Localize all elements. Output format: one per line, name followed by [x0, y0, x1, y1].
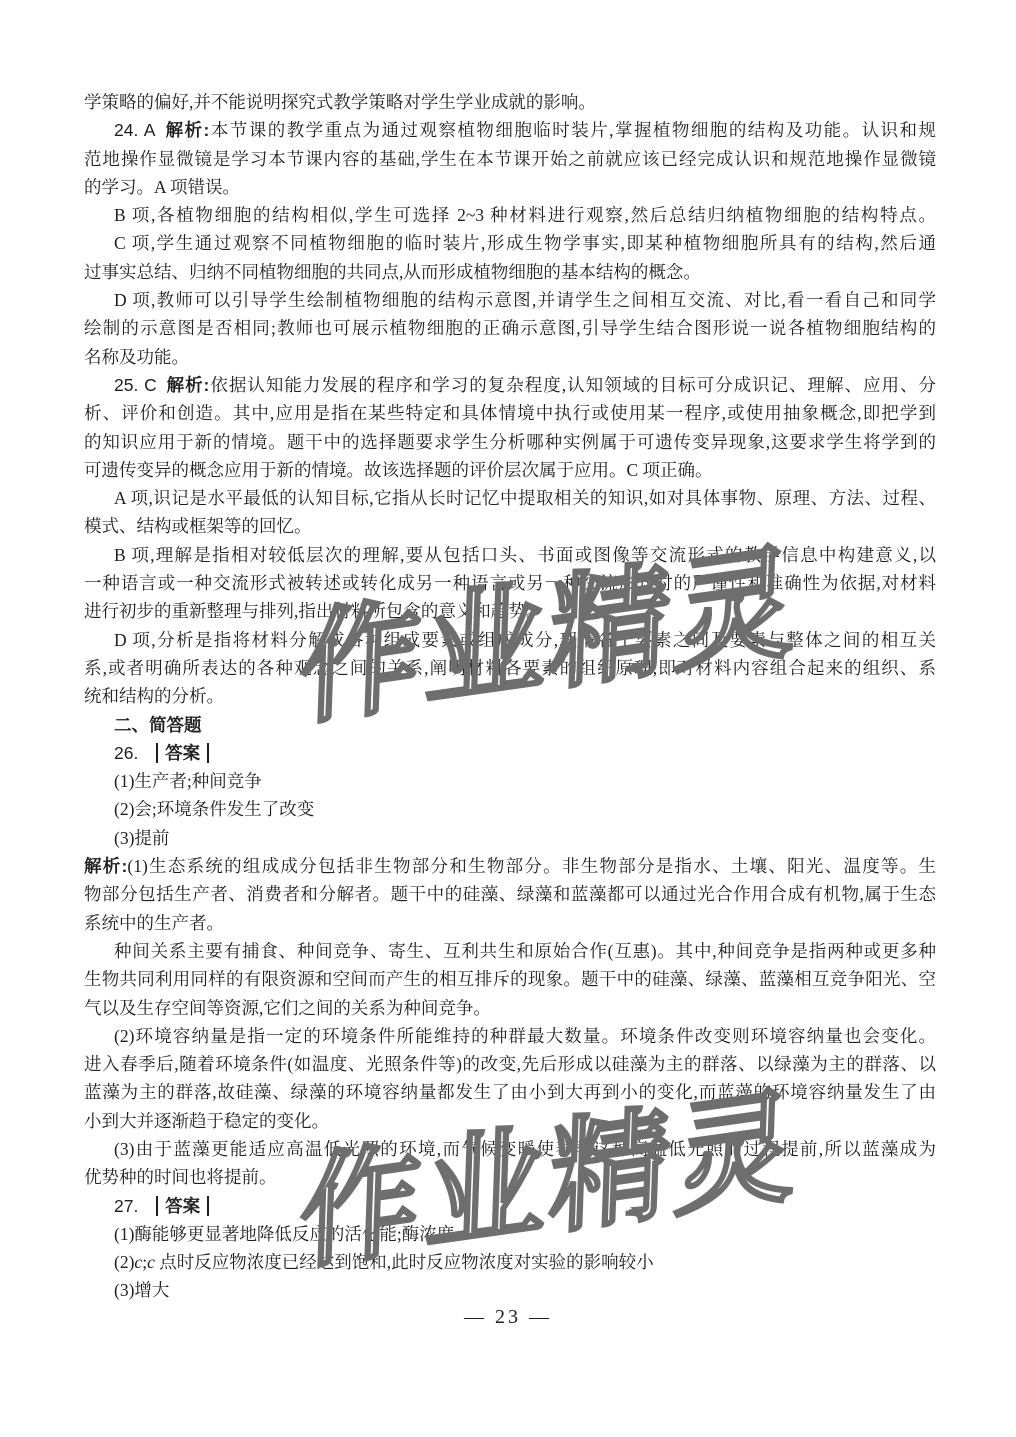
question-number: 24. A — [114, 120, 164, 140]
text-line: 可遗传变异的概念应用于新的情境。故该选择题的评价层次属于应用。C 项正确。 — [84, 456, 936, 484]
text-line: 进入春季后,随着环境条件(如温度、光照条件等)的改变,先后形成以硅藻为主的群落、… — [84, 1050, 936, 1078]
question-number: 25. C — [114, 375, 166, 395]
text-line: 系,或者明确所表达的各种观念之间的关系,阐明材料各要素的组织原理,即对材料内容组… — [84, 654, 936, 682]
text-line: 二、简答题 — [84, 711, 936, 739]
bold-label: 解析: — [84, 856, 127, 876]
body-text: (2)会;环境条件发生了改变 — [114, 799, 314, 819]
bold-label: 解析: — [164, 120, 209, 140]
text-line: (2)环境容纳量是指一定的环境条件所能维持的种群最大数量。环境条件改变则环境容纳… — [84, 1022, 936, 1050]
bold-label: 二、简答题 — [114, 715, 202, 735]
variable-italic: c — [147, 1252, 155, 1272]
text-line: (1)酶能够更显著地降低反应的活化能;酶浓度 — [84, 1220, 936, 1248]
body-text: 析、评价和创造。其中,应用是指在某些特定和具体情境中执行或使用某一程序,或使用抽… — [84, 403, 936, 423]
text-line: D 项,分析是指将材料分解成各种组成要素或组成成分,理清各个要素之间及要素与整体… — [84, 626, 936, 654]
text-line: B 项,理解是指相对较低层次的理解,要从包括口头、书面或图像等交流形式的教学信息… — [84, 541, 936, 569]
text-line: 进行初步的重新整理与排列,指出材料所包含的意义和趋势。 — [84, 597, 936, 625]
text-line: 27. 答案 — [84, 1192, 936, 1220]
text-line: 解析:(1)生态系统的组成成分包括非生物部分和生物部分。非生物部分是指水、土壤、… — [84, 852, 936, 880]
body-text: 进行初步的重新整理与排列,指出材料所包含的意义和趋势。 — [84, 601, 543, 621]
body-text: 学策略的偏好,并不能说明探究式教学策略对学生学业成就的影响。 — [84, 92, 596, 112]
text-line: 统和结构的分析。 — [84, 682, 936, 710]
body-text: (3)增大 — [114, 1280, 169, 1300]
body-text: 种间关系主要有捕食、种间竞争、寄生、互利共生和原始合作(互惠)。其中,种间竞争是… — [114, 941, 936, 961]
body-text: 模式、结构或框架等的回忆。 — [84, 516, 312, 536]
body-text: B 项,各植物细胞的结构相似,学生可选择 2~3 种材料进行观察,然后总结归纳植… — [114, 205, 936, 225]
text-line: (3)提前 — [84, 824, 936, 852]
text-line: 范地操作显微镜是学习本节课内容的基础,学生在本节课开始之前就应该已经完成认识和规… — [84, 145, 936, 173]
body-text: 一种语言或一种交流形式被转述或转化成另一种语言或另一种交流形式时的严谨性和准确性… — [84, 573, 936, 593]
text-line: 25. C 解析:依据认知能力发展的程序和学习的复杂程度,认知领域的目标可分成识… — [84, 371, 936, 399]
body-text: (1)生产者;种间竞争 — [114, 771, 262, 791]
text-line: 24. A 解析:本节课的教学重点为通过观察植物细胞临时装片,掌握植物细胞的结构… — [84, 116, 936, 144]
text-line: 名称及功能。 — [84, 343, 936, 371]
document-page: 学策略的偏好,并不能说明探究式教学策略对学生学业成就的影响。24. A 解析:本… — [0, 0, 1016, 1437]
body-text: D 项,教师可以引导学生绘制植物细胞的结构示意图,并请学生之间相互交流、对比,看… — [114, 290, 936, 310]
text-line: 析、评价和创造。其中,应用是指在某些特定和具体情境中执行或使用某一程序,或使用抽… — [84, 399, 936, 427]
body-text: 的知识应用于新的情境。题干中的选择题要求学生分析哪种实例属于可遗传变异现象,这要… — [84, 432, 936, 452]
body-text: 点时反应物浓度已经达到饱和,此时反应物浓度对实验的影响较小 — [155, 1252, 654, 1272]
text-line: D 项,教师可以引导学生绘制植物细胞的结构示意图,并请学生之间相互交流、对比,看… — [84, 286, 936, 314]
text-line: 一种语言或一种交流形式被转述或转化成另一种语言或另一种交流形式时的严谨性和准确性… — [84, 569, 936, 597]
body-text: 统和结构的分析。 — [84, 686, 224, 706]
answer-label: 答案 — [156, 1196, 209, 1216]
text-line: 优势种的时间也将提前。 — [84, 1163, 936, 1191]
body-text: 气以及生存空间等资源,它们之间的关系为种间竞争。 — [84, 998, 491, 1018]
body-text: 生物共同利用同样的有限资源和空间而产生的相互排斥的现象。题干中的硅藻、绿藻、蓝藻… — [84, 969, 936, 989]
text-line: 物部分包括生产者、消费者和分解者。题干中的硅藻、绿藻和蓝藻都可以通过光合作用合成… — [84, 880, 936, 908]
body-text: (2) — [114, 1252, 134, 1272]
text-line: (1)生产者;种间竞争 — [84, 767, 936, 795]
text-line: 的学习。A 项错误。 — [84, 173, 936, 201]
body-text: 系统中的生产者。 — [84, 913, 224, 933]
text-line: 生物共同利用同样的有限资源和空间而产生的相互排斥的现象。题干中的硅藻、绿藻、蓝藻… — [84, 965, 936, 993]
text-line: 种间关系主要有捕食、种间竞争、寄生、互利共生和原始合作(互惠)。其中,种间竞争是… — [84, 937, 936, 965]
body-text: 系,或者明确所表达的各种观念之间的关系,阐明材料各要素的组织原理,即对材料内容组… — [84, 658, 936, 678]
text-line: A 项,识记是水平最低的认知目标,它指从长时记忆中提取相关的知识,如对具体事物、… — [84, 484, 936, 512]
text-line: (3)由于蓝藻更能适应高温低光照的环境,而气候变暖使春季这种高温低光照的过程提前… — [84, 1135, 936, 1163]
question-number: 26. — [114, 743, 147, 763]
body-text: 依据认知能力发展的程序和学习的复杂程度,认知领域的目标可分成识记、理解、应用、分 — [209, 375, 936, 395]
body-text: 可遗传变异的概念应用于新的情境。故该选择题的评价层次属于应用。C 项正确。 — [84, 460, 713, 480]
body-text: (3)提前 — [114, 828, 169, 848]
text-line: (2)会;环境条件发生了改变 — [84, 795, 936, 823]
body-text: 本节课的教学重点为通过观察植物细胞临时装片,掌握植物细胞的结构及功能。认识和规 — [209, 120, 936, 140]
text-line: 学策略的偏好,并不能说明探究式教学策略对学生学业成就的影响。 — [84, 88, 936, 116]
bold-label: 解析: — [166, 375, 210, 395]
text-line: (3)增大 — [84, 1276, 936, 1304]
text-line: 小到大并逐渐趋于稳定的变化。 — [84, 1107, 936, 1135]
page-number: — 23 — — [0, 1306, 1016, 1329]
text-line: 蓝藻为主的群落,故硅藻、绿藻的环境容纳量都发生了由小到大再到小的变化,而蓝藻的环… — [84, 1078, 936, 1106]
body-text: (3)由于蓝藻更能适应高温低光照的环境,而气候变暖使春季这种高温低光照的过程提前… — [114, 1139, 936, 1159]
text-line: B 项,各植物细胞的结构相似,学生可选择 2~3 种材料进行观察,然后总结归纳植… — [84, 201, 936, 229]
body-text: A 项,识记是水平最低的认知目标,它指从长时记忆中提取相关的知识,如对具体事物、… — [114, 488, 936, 508]
body-text: 优势种的时间也将提前。 — [84, 1167, 277, 1187]
text-line: (2)c;c 点时反应物浓度已经达到饱和,此时反应物浓度对实验的影响较小 — [84, 1248, 936, 1276]
question-number: 27. — [114, 1196, 147, 1216]
text-line: 26. 答案 — [84, 739, 936, 767]
text-line: 系统中的生产者。 — [84, 909, 936, 937]
text-lines: 学策略的偏好,并不能说明探究式教学策略对学生学业成就的影响。24. A 解析:本… — [84, 88, 936, 1305]
body-text: B 项,理解是指相对较低层次的理解,要从包括口头、书面或图像等交流形式的教学信息… — [114, 545, 936, 565]
body-text: 范地操作显微镜是学习本节课内容的基础,学生在本节课开始之前就应该已经完成认识和规… — [84, 149, 936, 169]
body-text: 绘制的示意图是否相同;教师也可展示植物细胞的正确示意图,引导学生结合图形说一说各… — [84, 318, 936, 338]
body-text: 名称及功能。 — [84, 347, 189, 367]
body-text: (1)生态系统的组成成分包括非生物部分和生物部分。非生物部分是指水、土壤、阳光、… — [127, 856, 936, 876]
body-text: 的学习。A 项错误。 — [84, 177, 240, 197]
text-line: 绘制的示意图是否相同;教师也可展示植物细胞的正确示意图,引导学生结合图形说一说各… — [84, 314, 936, 342]
body-text: C 项,学生通过观察不同植物细胞的临时装片,形成生物学事实,即某种植物细胞所具有… — [114, 233, 936, 253]
body-text: D 项,分析是指将材料分解成各种组成要素或组成成分,理清各个要素之间及要素与整体… — [114, 630, 936, 650]
body-text: 小到大并逐渐趋于稳定的变化。 — [84, 1111, 329, 1131]
body-text: (2)环境容纳量是指一定的环境条件所能维持的种群最大数量。环境条件改变则环境容纳… — [114, 1026, 936, 1046]
text-line: 过事实总结、归纳不同植物细胞的共同点,从而形成植物细胞的基本结构的概念。 — [84, 258, 936, 286]
body-text: 物部分包括生产者、消费者和分解者。题干中的硅藻、绿藻和蓝藻都可以通过光合作用合成… — [84, 884, 936, 904]
answer-label: 答案 — [156, 743, 209, 763]
text-line: 气以及生存空间等资源,它们之间的关系为种间竞争。 — [84, 994, 936, 1022]
text-line: C 项,学生通过观察不同植物细胞的临时装片,形成生物学事实,即某种植物细胞所具有… — [84, 229, 936, 257]
text-line: 的知识应用于新的情境。题干中的选择题要求学生分析哪种实例属于可遗传变异现象,这要… — [84, 428, 936, 456]
body-text: 蓝藻为主的群落,故硅藻、绿藻的环境容纳量都发生了由小到大再到小的变化,而蓝藻的环… — [84, 1082, 936, 1102]
body-text: 过事实总结、归纳不同植物细胞的共同点,从而形成植物细胞的基本结构的概念。 — [84, 262, 701, 282]
text-line: 模式、结构或框架等的回忆。 — [84, 512, 936, 540]
body-text: (1)酶能够更显著地降低反应的活化能;酶浓度 — [114, 1224, 454, 1244]
body-text: 进入春季后,随着环境条件(如温度、光照条件等)的改变,先后形成以硅藻为主的群落、… — [84, 1054, 936, 1074]
